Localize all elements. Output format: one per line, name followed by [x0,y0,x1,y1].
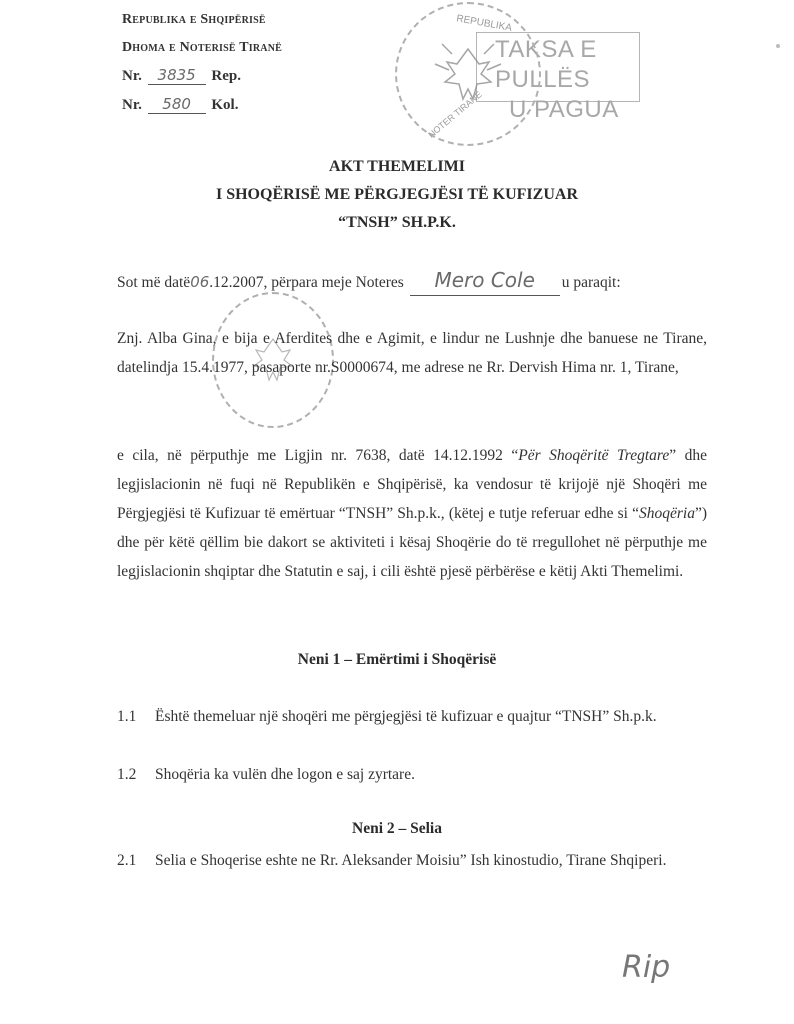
clause-1-2: 1.2 Shoqëria ka vulën dhe logon e saj zy… [117,760,707,789]
svg-text:NOTER TIRANË: NOTER TIRANË [426,89,484,140]
kol-suffix: Kol. [211,97,238,113]
eagle-emblem-icon: REPUBLIKA NOTER TIRANË [397,4,539,144]
article-2-heading: Neni 2 – Selia [0,820,794,838]
rep-prefix: Nr. [122,68,142,84]
date-handwritten: 06 [190,273,209,291]
company-name-title: “TNSH” SH.P.K. [0,214,794,232]
clause-1-1: 1.1 Është themeluar një shoqëri me përgj… [117,702,707,731]
header-chamber: Dhoma e Noterisë Tiranë [122,40,282,56]
declaration-paragraph: e cila, në përputhje me Ligjin nr. 7638,… [117,441,707,586]
document-title: AKT THEMELIMI [0,158,794,176]
law-title: Për Shoqëritë Tregtare [518,447,669,464]
intro-line: Sot më datë06.12.2007, përpara meje Note… [117,266,707,297]
header-republic: Republika e Shqipërisë [122,12,266,28]
article-1-heading: Neni 1 – Emërtimi i Shoqërisë [0,651,794,669]
notary-signature: Mero Cole [410,266,560,296]
party-description: Znj. Alba Gina, e bija e Aferdites dhe e… [117,324,707,382]
notary-seal-icon: REPUBLIKA NOTER TIRANË [395,2,541,146]
kol-number-line: Nr. 580 Kol. [122,95,238,114]
document-subtitle: I SHOQËRISË ME PËRGJEGJËSI TË KUFIZUAR [0,186,794,204]
clause-2-1: 2.1 Selia e Shoqerise eshte ne Rr. Aleks… [117,846,707,875]
kol-prefix: Nr. [122,97,142,113]
rep-number: 3835 [148,66,206,85]
defined-term: Shoqëria [639,505,695,522]
scan-dot [776,44,780,48]
initials-signature: Rip [622,950,670,985]
rep-suffix: Rep. [211,68,241,84]
kol-number: 580 [148,95,206,114]
svg-text:REPUBLIKA: REPUBLIKA [455,13,513,34]
rep-number-line: Nr. 3835 Rep. [122,66,241,85]
